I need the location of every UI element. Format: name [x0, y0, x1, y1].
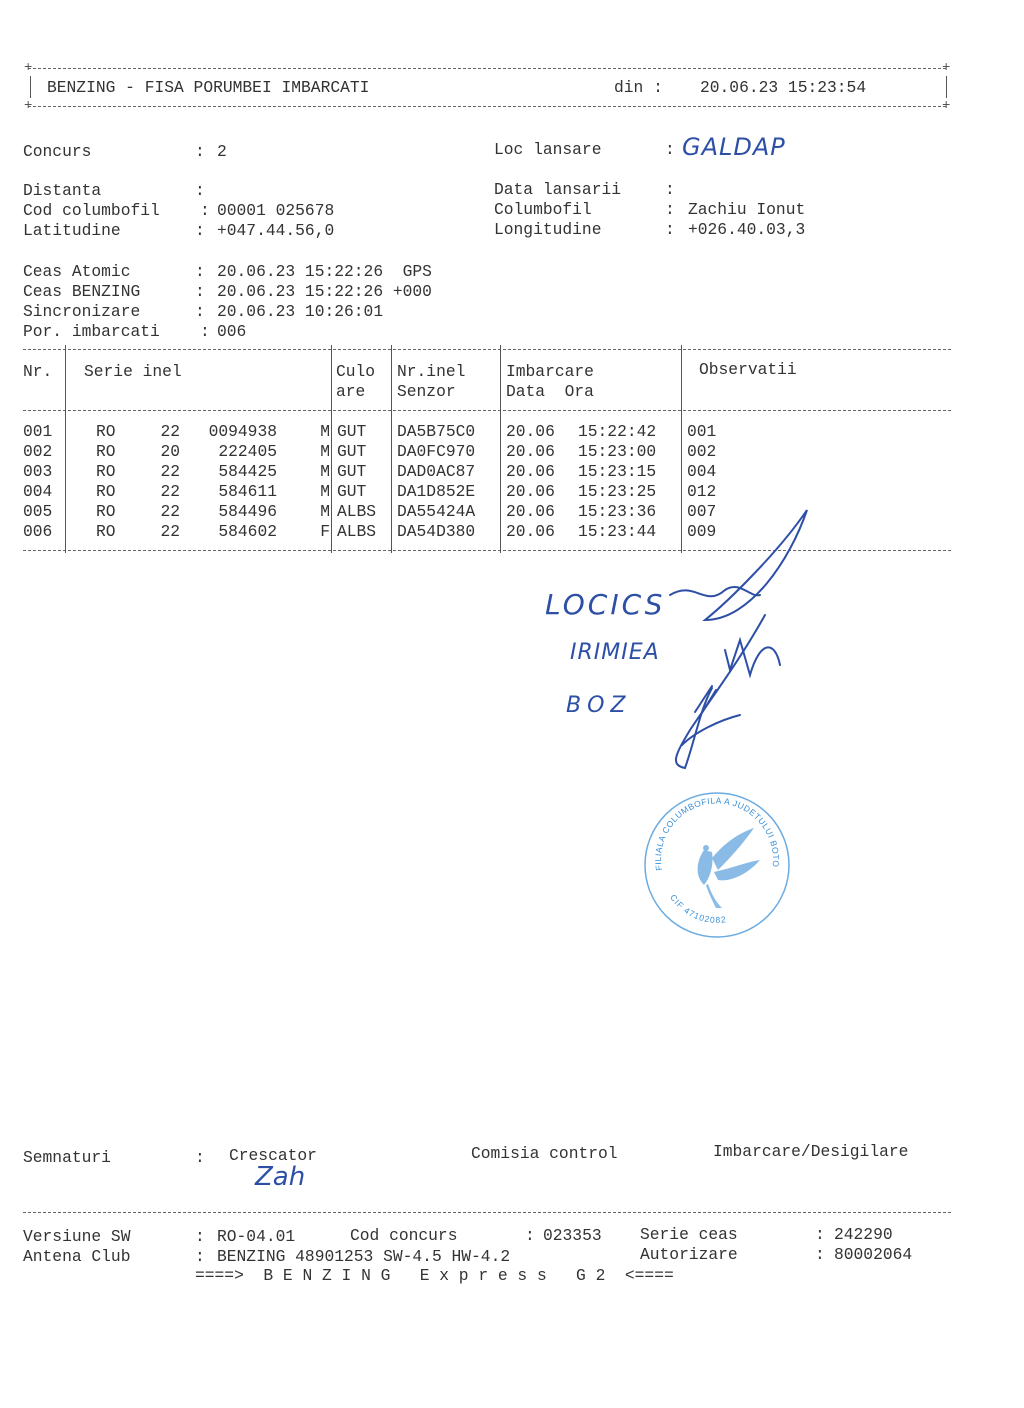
colon: : [195, 221, 205, 241]
cell-culoare: GUT [337, 482, 389, 502]
footer-divider [23, 1212, 951, 1213]
cell-serie: 584611 [180, 482, 277, 502]
cell-serie: 222405 [180, 442, 277, 462]
header-culoare-2: are [336, 382, 365, 402]
cell-data: 20.06 [506, 522, 566, 542]
imbarcare-desigilare-label: Imbarcare/Desigilare [713, 1142, 908, 1162]
longitudine-value: +026.40.03,3 [688, 220, 805, 240]
cell-senzor: DAD0AC87 [397, 462, 497, 482]
cell-senzor: DA5B75C0 [397, 422, 497, 442]
cell-an: 22 [150, 422, 180, 442]
cell-sex: M [300, 462, 330, 482]
cell-an: 22 [150, 502, 180, 522]
cell-senzor: DA1D852E [397, 482, 497, 502]
concurs-label: Concurs [23, 142, 91, 162]
cell-tara: RO [96, 422, 126, 442]
cell-an: 22 [150, 482, 180, 502]
cell-data: 20.06 [506, 502, 566, 522]
autorizare-label: Autorizare [640, 1245, 738, 1265]
ceas-benzing-value: 20.06.23 15:22:26 +000 [217, 282, 432, 302]
por-imbarcati-label: Por. imbarcati [23, 322, 160, 342]
table-header-border [23, 410, 951, 411]
table-row: 003RO22584425MGUTDAD0AC8720.0615:23:1500… [0, 462, 1024, 482]
cell-tara: RO [96, 502, 126, 522]
cod-concurs-value: 023353 [543, 1226, 602, 1246]
cell-tara: RO [96, 522, 126, 542]
header-top-border [28, 68, 946, 69]
table-row: 005RO22584496MALBSDA55424A20.0615:23:360… [0, 502, 1024, 522]
cell-senzor: DA55424A [397, 502, 497, 522]
columbofil-label: Columbofil [494, 200, 592, 220]
cell-observatii: 001 [687, 422, 747, 442]
colon: : [815, 1225, 825, 1245]
cell-serie: 0094938 [180, 422, 277, 442]
colon: : [195, 142, 205, 162]
cell-serie: 584496 [180, 502, 277, 522]
stamp-dove-icon: FILIALA COLUMBOFILA A JUDETULUI BOTOSANI… [642, 790, 792, 940]
cell-culoare: GUT [337, 442, 389, 462]
cell-senzor: DA54D380 [397, 522, 497, 542]
colon: : [195, 1247, 205, 1267]
svg-text:CIF 47102082: CIF 47102082 [668, 892, 727, 925]
ceas-atomic-value: 20.06.23 15:22:26 GPS [217, 262, 432, 282]
data-lansarii-label: Data lansarii [494, 180, 621, 200]
cell-senzor: DA0FC970 [397, 442, 497, 462]
table-row: 004RO22584611MGUTDA1D852E20.0615:23:2501… [0, 482, 1024, 502]
cell-culoare: ALBS [337, 522, 389, 542]
table-row: 006RO22584602FALBSDA54D38020.0615:23:440… [0, 522, 1024, 542]
latitudine-label: Latitudine [23, 221, 121, 241]
latitudine-value: +047.44.56,0 [217, 221, 334, 241]
cell-ora: 15:23:25 [578, 482, 678, 502]
cell-data: 20.06 [506, 462, 566, 482]
longitudine-label: Longitudine [494, 220, 601, 240]
signature-scribble [600, 500, 830, 780]
cod-columbofil-value: 00001 025678 [217, 201, 334, 221]
colon: : [195, 262, 205, 282]
cell-sex: F [300, 522, 330, 542]
header-imbarcare: Imbarcare [506, 362, 594, 382]
cell-tara: RO [96, 462, 126, 482]
semnaturi-label: Semnaturi [23, 1148, 111, 1168]
cell-an: 20 [150, 442, 180, 462]
colon: : [195, 282, 205, 302]
table-top-border [23, 349, 951, 350]
distanta-label: Distanta [23, 181, 101, 201]
cell-nr: 002 [23, 442, 63, 462]
colon: : [200, 322, 210, 342]
cell-ora: 15:22:42 [578, 422, 678, 442]
document-title: BENZING - FISA PORUMBEI IMBARCATI [47, 78, 369, 98]
versiune-sw-value: RO-04.01 [217, 1227, 295, 1247]
cell-an: 22 [150, 462, 180, 482]
stamp-bottom-text: CIF 47102082 [668, 892, 727, 925]
cell-sex: M [300, 422, 330, 442]
cell-observatii: 012 [687, 482, 747, 502]
header-observatii: Observatii [699, 360, 797, 380]
crescator-signature: Zah [255, 1162, 305, 1192]
corner-plus: + [942, 61, 950, 75]
corner-plus: + [24, 61, 32, 75]
colon: : [665, 180, 675, 200]
cell-nr: 005 [23, 502, 63, 522]
concurs-value: 2 [217, 142, 227, 162]
sincronizare-label: Sincronizare [23, 302, 140, 322]
colon: : [665, 140, 675, 160]
header-nr-inel: Nr.inel [397, 362, 465, 382]
loc-lansare-label: Loc lansare [494, 140, 601, 160]
corner-plus: + [24, 99, 32, 113]
cell-observatii: 004 [687, 462, 747, 482]
cell-ora: 15:23:00 [578, 442, 678, 462]
cell-serie: 584425 [180, 462, 277, 482]
header-culoare: Culo [336, 362, 375, 382]
colon: : [665, 200, 675, 220]
cell-tara: RO [96, 482, 126, 502]
cod-columbofil-label: Cod columbofil [23, 201, 160, 221]
loc-lansare-handwritten: GALDAP [682, 133, 786, 161]
header-left-border [30, 76, 31, 98]
cell-sex: M [300, 502, 330, 522]
comisia-control-label: Comisia control [471, 1144, 618, 1164]
cell-sex: M [300, 482, 330, 502]
colon: : [815, 1245, 825, 1265]
header-right-border [946, 76, 947, 98]
por-imbarcati-value: 006 [217, 322, 246, 342]
ceas-atomic-label: Ceas Atomic [23, 262, 130, 282]
cell-culoare: GUT [337, 462, 389, 482]
colon: : [195, 181, 205, 201]
cell-sex: M [300, 442, 330, 462]
header-nr: Nr. [23, 362, 52, 382]
cell-culoare: ALBS [337, 502, 389, 522]
table-row: 001RO220094938MGUTDA5B75C020.0615:22:420… [0, 422, 1024, 442]
cell-culoare: GUT [337, 422, 389, 442]
ceas-benzing-label: Ceas BENZING [23, 282, 140, 302]
antena-club-value: BENZING 48901253 SW-4.5 HW-4.2 [217, 1247, 510, 1267]
antena-club-label: Antena Club [23, 1247, 130, 1267]
cell-nr: 001 [23, 422, 63, 442]
header-data-ora: Data Ora [506, 382, 594, 402]
sincronizare-value: 20.06.23 10:26:01 [217, 302, 383, 322]
colon: : [665, 220, 675, 240]
versiune-sw-label: Versiune SW [23, 1227, 130, 1247]
club-stamp: FILIALA COLUMBOFILA A JUDETULUI BOTOSANI… [642, 790, 792, 940]
cell-data: 20.06 [506, 482, 566, 502]
cell-ora: 15:23:15 [578, 462, 678, 482]
header-date-label: din : [614, 78, 663, 98]
cod-concurs-label: Cod concurs [350, 1226, 457, 1246]
cell-nr: 003 [23, 462, 63, 482]
cell-observatii: 002 [687, 442, 747, 462]
corner-plus: + [942, 99, 950, 113]
header-senzor: Senzor [397, 382, 456, 402]
serie-ceas-value: 242290 [834, 1225, 893, 1245]
cell-an: 22 [150, 522, 180, 542]
autorizare-value: 80002064 [834, 1245, 912, 1265]
benzing-express-banner: ====> B E N Z I N G E x p r e s s G 2 <=… [195, 1266, 674, 1286]
colon: : [195, 1148, 205, 1168]
cell-tara: RO [96, 442, 126, 462]
colon: : [195, 1227, 205, 1247]
table-row: 002RO20222405MGUTDA0FC97020.0615:23:0000… [0, 442, 1024, 462]
cell-data: 20.06 [506, 422, 566, 442]
cell-nr: 006 [23, 522, 63, 542]
header-bottom-border [28, 106, 946, 107]
header-serie-inel: Serie inel [84, 362, 182, 382]
colon: : [525, 1226, 535, 1246]
colon: : [200, 201, 210, 221]
cell-nr: 004 [23, 482, 63, 502]
colon: : [195, 302, 205, 322]
serie-ceas-label: Serie ceas [640, 1225, 738, 1245]
header-date-value: 20.06.23 15:23:54 [700, 78, 866, 98]
columbofil-value: Zachiu Ionut [688, 200, 805, 220]
cell-data: 20.06 [506, 442, 566, 462]
cell-serie: 584602 [180, 522, 277, 542]
